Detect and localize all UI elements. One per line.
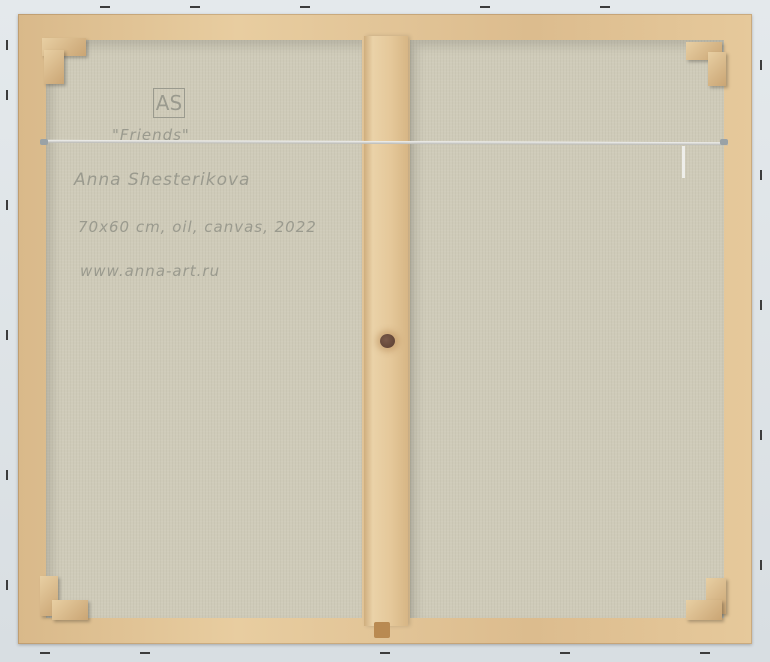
wire-screw-right <box>720 139 728 145</box>
staple <box>760 430 762 440</box>
staple <box>6 90 8 100</box>
staple <box>480 6 490 8</box>
staple <box>190 6 200 8</box>
staple <box>760 170 762 180</box>
staple <box>300 6 310 8</box>
wood-knot <box>380 334 395 348</box>
corner-key <box>52 600 88 620</box>
canvas-panel-left <box>46 40 362 618</box>
canvas-back-photo: AS "Friends" Anna Shesterikova 70x60 cm,… <box>0 0 770 662</box>
staple <box>760 560 762 570</box>
artist-website: www.anna-art.ru <box>80 262 220 280</box>
staple <box>700 652 710 654</box>
center-crossbar <box>364 36 408 626</box>
corner-key <box>686 600 722 620</box>
staple <box>40 652 50 654</box>
staple <box>6 200 8 210</box>
staple <box>760 300 762 310</box>
canvas-panel-right <box>410 40 724 618</box>
staple <box>380 652 390 654</box>
maker-stamp <box>374 622 390 638</box>
staple <box>760 60 762 70</box>
staple <box>100 6 110 8</box>
staple <box>6 470 8 480</box>
staple <box>600 6 610 8</box>
corner-key <box>44 50 64 84</box>
staple <box>560 652 570 654</box>
staple <box>6 580 8 590</box>
artist-name: Anna Shesterikova <box>74 170 250 190</box>
painting-details: 70x60 cm, oil, canvas, 2022 <box>78 218 317 236</box>
wire-tail <box>682 146 685 178</box>
wire-screw-left <box>40 139 48 145</box>
staple <box>6 330 8 340</box>
corner-key <box>708 52 726 86</box>
artist-logo: AS <box>153 88 185 118</box>
staple <box>6 40 8 50</box>
staple <box>140 652 150 654</box>
